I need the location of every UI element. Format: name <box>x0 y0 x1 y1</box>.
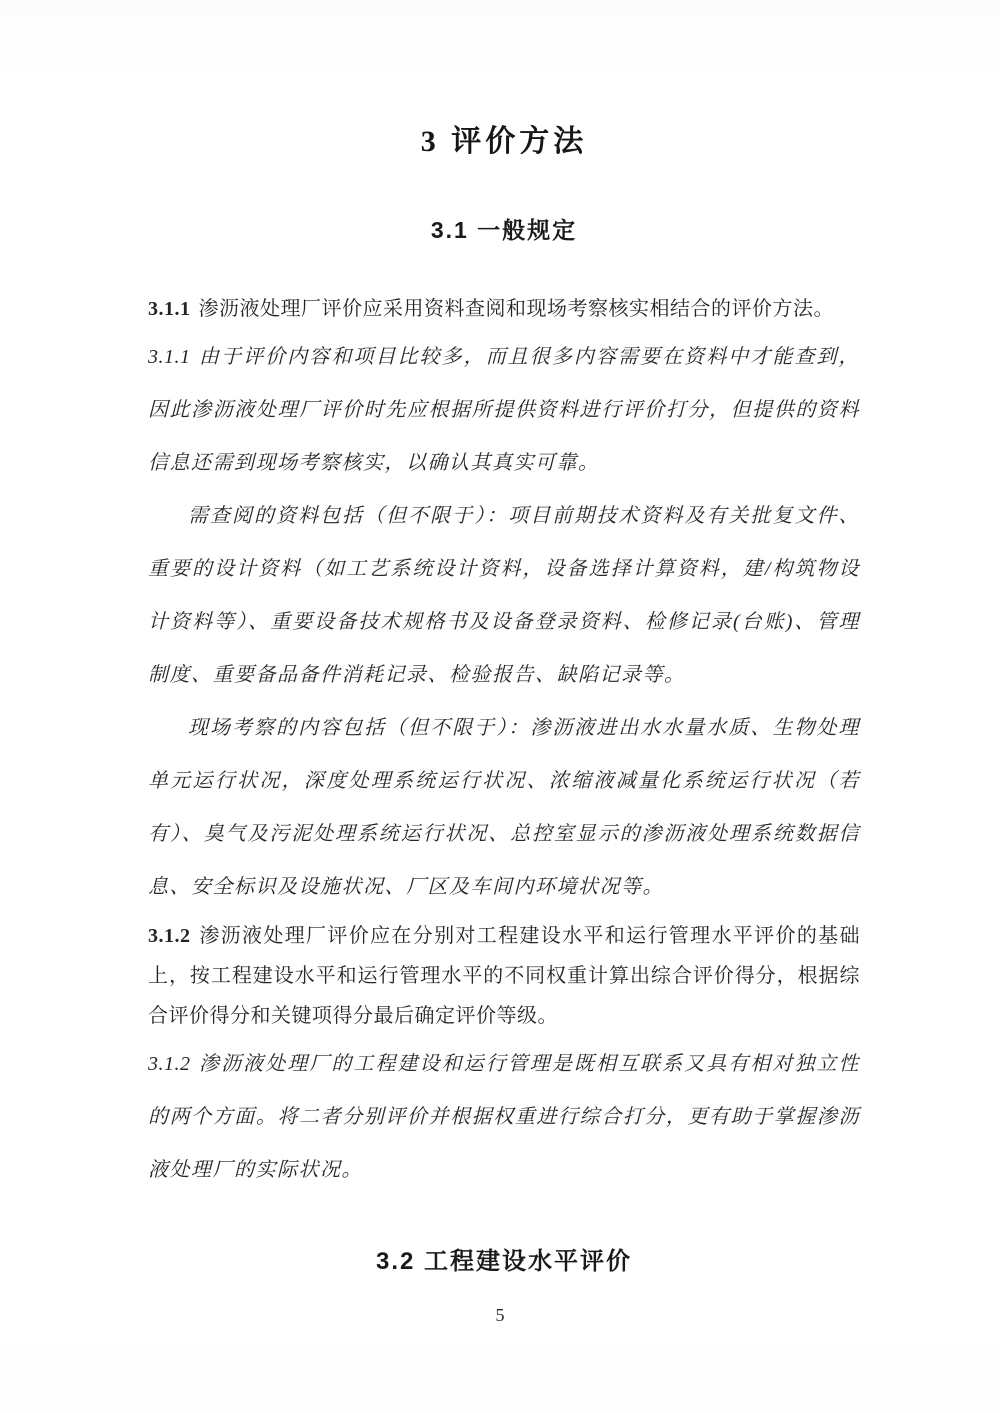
paragraph-site-inspection-scope: 现场考察的内容包括（但不限于）：渗沥液进出水水量水质、生物处理单元运行状况，深度… <box>148 702 860 914</box>
clause-text: 渗沥液处理厂评价应在分别对工程建设水平和运行管理水平评价的基础上，按工程建设水平… <box>148 925 860 1027</box>
clause-3-1-2-normative: 3.1.2渗沥液处理厂评价应在分别对工程建设水平和运行管理水平评价的基础上，按工… <box>148 916 860 1036</box>
paragraph-documents-to-review: 需查阅的资料包括（但不限于）：项目前期技术资料及有关批复文件、重要的设计资料（如… <box>148 490 860 702</box>
section-title-3-2: 3.2 工程建设水平评价 <box>148 1241 860 1276</box>
page-number: 5 <box>0 1305 1000 1326</box>
clause-3-1-1-commentary: 3.1.1由于评价内容和项目比较多，而且很多内容需要在资料中才能查到，因此渗沥液… <box>148 331 860 490</box>
paragraph-text: 现场考察的内容包括（但不限于）：渗沥液进出水水量水质、生物处理单元运行状况，深度… <box>148 717 860 898</box>
section-title-3-1: 3.1 一般规定 <box>148 212 860 245</box>
clause-number: 3.1.2 <box>148 925 199 947</box>
clause-number: 3.1.1 <box>148 346 199 368</box>
clause-text: 渗沥液处理厂的工程建设和运行管理是既相互联系又具有相对独立性的两个方面。将二者分… <box>148 1053 860 1181</box>
document-page: 3 评价方法 3.1 一般规定 3.1.1渗沥液处理厂评价应采用资料查阅和现场考… <box>0 0 1000 1413</box>
clause-text: 由于评价内容和项目比较多，而且很多内容需要在资料中才能查到，因此渗沥液处理厂评价… <box>148 346 860 474</box>
clause-3-1-2-commentary: 3.1.2渗沥液处理厂的工程建设和运行管理是既相互联系又具有相对独立性的两个方面… <box>148 1038 860 1197</box>
clause-text: 渗沥液处理厂评价应采用资料查阅和现场考察核实相结合的评价方法。 <box>199 298 835 320</box>
clause-number: 3.1.1 <box>148 298 199 320</box>
chapter-title: 3 评价方法 <box>148 116 860 160</box>
clause-number: 3.1.2 <box>148 1053 199 1075</box>
paragraph-text: 需查阅的资料包括（但不限于）：项目前期技术资料及有关批复文件、重要的设计资料（如… <box>148 505 860 686</box>
clause-3-1-1-normative: 3.1.1渗沥液处理厂评价应采用资料查阅和现场考察核实相结合的评价方法。 <box>148 289 860 329</box>
